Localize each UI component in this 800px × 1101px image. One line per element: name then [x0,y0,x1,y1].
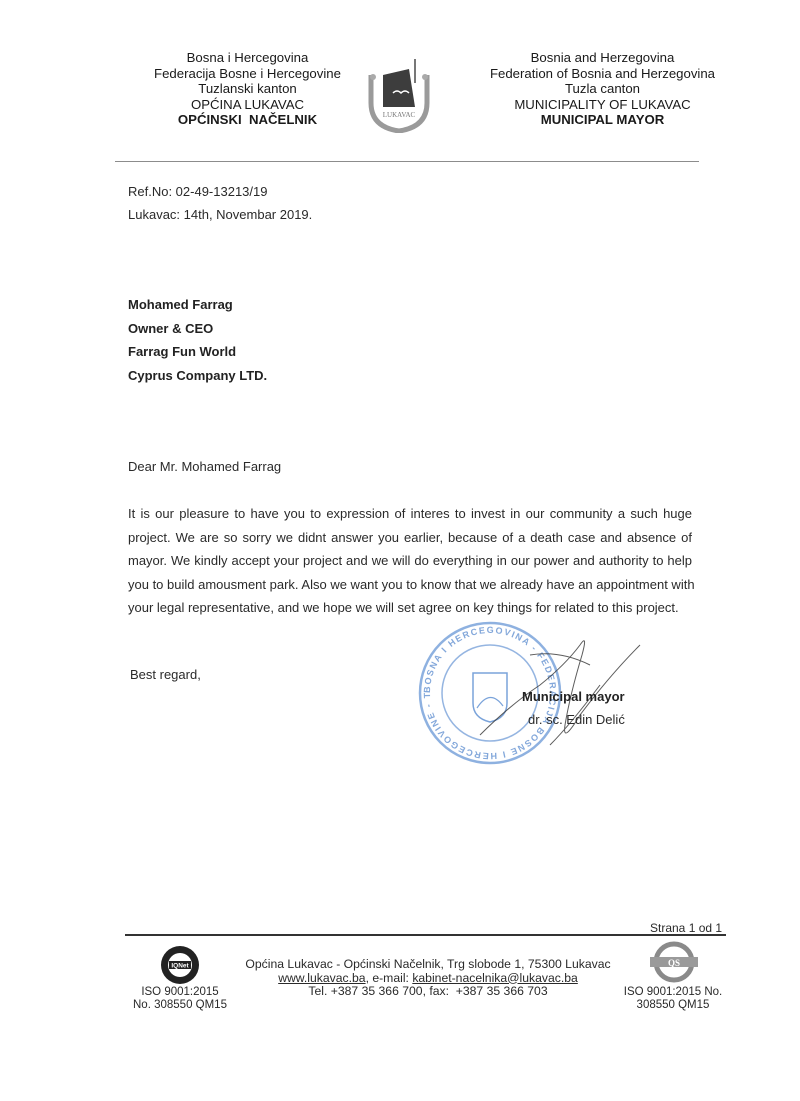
letter-body: It is our pleasure to have you to expres… [128,502,692,620]
page-number: Strana 1 od 1 [650,921,722,935]
header-left-line: Federacija Bosne i Hercegovine [150,66,345,82]
signatory-title: Municipal mayor [522,689,625,704]
iso-certificate-right: ISO 9001:2015 No. 308550 QM15 [616,986,730,1012]
municipal-crest-icon: LUKAVAC [363,55,435,133]
reference-number: Ref.No: 02-49-13213/19 [128,180,312,203]
iso-standard: ISO 9001:2015 No. [616,986,730,999]
body-line: It is our pleasure to have you to expres… [128,502,692,526]
iso-number: 308550 QM15 [616,999,730,1012]
iqnet-certification-icon: IQNet [160,945,200,985]
footer-contact: Općina Lukavac - Općinski Načelnik, Trg … [218,958,638,999]
header-right-line: MUNICIPALITY OF LUKAVAC [475,97,730,113]
reference-block: Ref.No: 02-49-13213/19 Lukavac: 14th, No… [128,180,312,226]
header-left-block: Bosna i Hercegovina Federacija Bosne i H… [150,50,345,128]
recipient-block: Mohamed Farrag Owner & CEO Farrag Fun Wo… [128,293,267,387]
email-link[interactable]: kabinet-nacelnika@lukavac.ba [412,971,578,985]
footer-divider [125,934,726,936]
header-right-line: Tuzla canton [475,81,730,97]
body-line: project. We are so sorry we didnt answer… [128,526,692,550]
svg-text:QS: QS [668,958,680,968]
header-left-line: Tuzlanski kanton [150,81,345,97]
footer-web-email: www.lukavac.ba, e-mail: kabinet-nacelnik… [218,972,638,986]
footer-address: Općina Lukavac - Općinski Načelnik, Trg … [218,958,638,972]
recipient-company-2: Cyprus Company LTD. [128,364,267,388]
salutation: Dear Mr. Mohamed Farrag [128,459,281,474]
recipient-company: Farrag Fun World [128,340,267,364]
header-left-line: Bosna i Hercegovina [150,50,345,66]
website-link[interactable]: www.lukavac.ba [278,971,365,985]
closing: Best regard, [130,667,201,682]
svg-text:LUKAVAC: LUKAVAC [383,111,416,119]
header-right-title: MUNICIPAL MAYOR [475,112,730,128]
iso-number: No. 308550 QM15 [128,999,232,1012]
header-left-title: OPĆINSKI NAČELNIK [150,112,345,128]
place-date: Lukavac: 14th, Novembar 2019. [128,203,312,226]
body-line: you to build amousment park. Also we wan… [128,573,692,597]
header-left-line: OPĆINA LUKAVAC [150,97,345,113]
email-label: , e-mail: [366,971,413,985]
footer-phone: Tel. +387 35 366 700, fax: +387 35 366 7… [218,985,638,999]
signatory-name: dr. sc. Edin Delić [528,712,625,727]
body-line: mayor. We kindly accept your project and… [128,549,692,573]
header-divider [115,161,699,162]
header-right-line: Bosnia and Herzegovina [475,50,730,66]
iso-certificate-left: ISO 9001:2015 No. 308550 QM15 [128,986,232,1012]
body-line: your legal representative, and we hope w… [128,596,692,620]
header-right-line: Federation of Bosnia and Herzegovina [475,66,730,82]
recipient-title: Owner & CEO [128,317,267,341]
header-right-block: Bosnia and Herzegovina Federation of Bos… [475,50,730,128]
recipient-name: Mohamed Farrag [128,293,267,317]
iso-standard: ISO 9001:2015 [128,986,232,999]
qs-certification-icon: QS [646,940,702,984]
svg-text:IQNet: IQNet [171,963,189,970]
